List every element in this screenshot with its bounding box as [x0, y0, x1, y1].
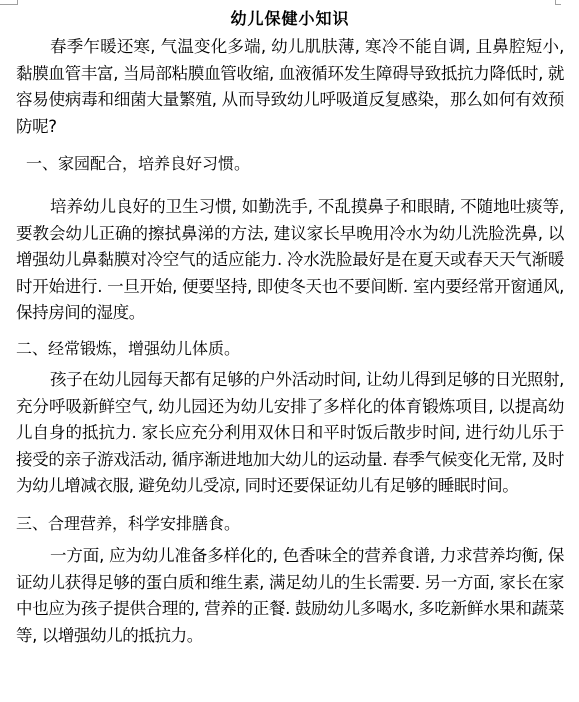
crop-mark-top-left — [0, 0, 18, 5]
section-body-3: 一方面, 应为幼儿准备多样化的, 色香味全的营养食谱, 力求营养均衡, 保证幼儿… — [16, 543, 564, 649]
section-heading-2: 二、经常锻炼，增强幼儿体质。 — [16, 337, 240, 361]
section-heading-3: 三、合理营养，科学安排膳食。 — [16, 512, 240, 536]
section-heading-1: 一、家园配合，培养良好习惯。 — [26, 152, 250, 176]
section-body-2: 孩子在幼儿园每天都有足够的户外活动时间, 让幼儿得到足够的日光照射, 充分呼吸新… — [16, 367, 564, 500]
crop-mark-top-right — [555, 0, 561, 5]
intro-paragraph: 春季乍暖还寒, 气温变化多端, 幼儿肌肤薄, 寒冷不能自调, 且鼻腔短小, 黏膜… — [16, 34, 564, 140]
section-body-1: 培养幼儿良好的卫生习惯, 如勤洗手, 不乱摸鼻子和眼睛, 不随地吐痰等, 要教会… — [16, 194, 564, 327]
document-title: 幼儿保健小知识 — [16, 6, 564, 29]
